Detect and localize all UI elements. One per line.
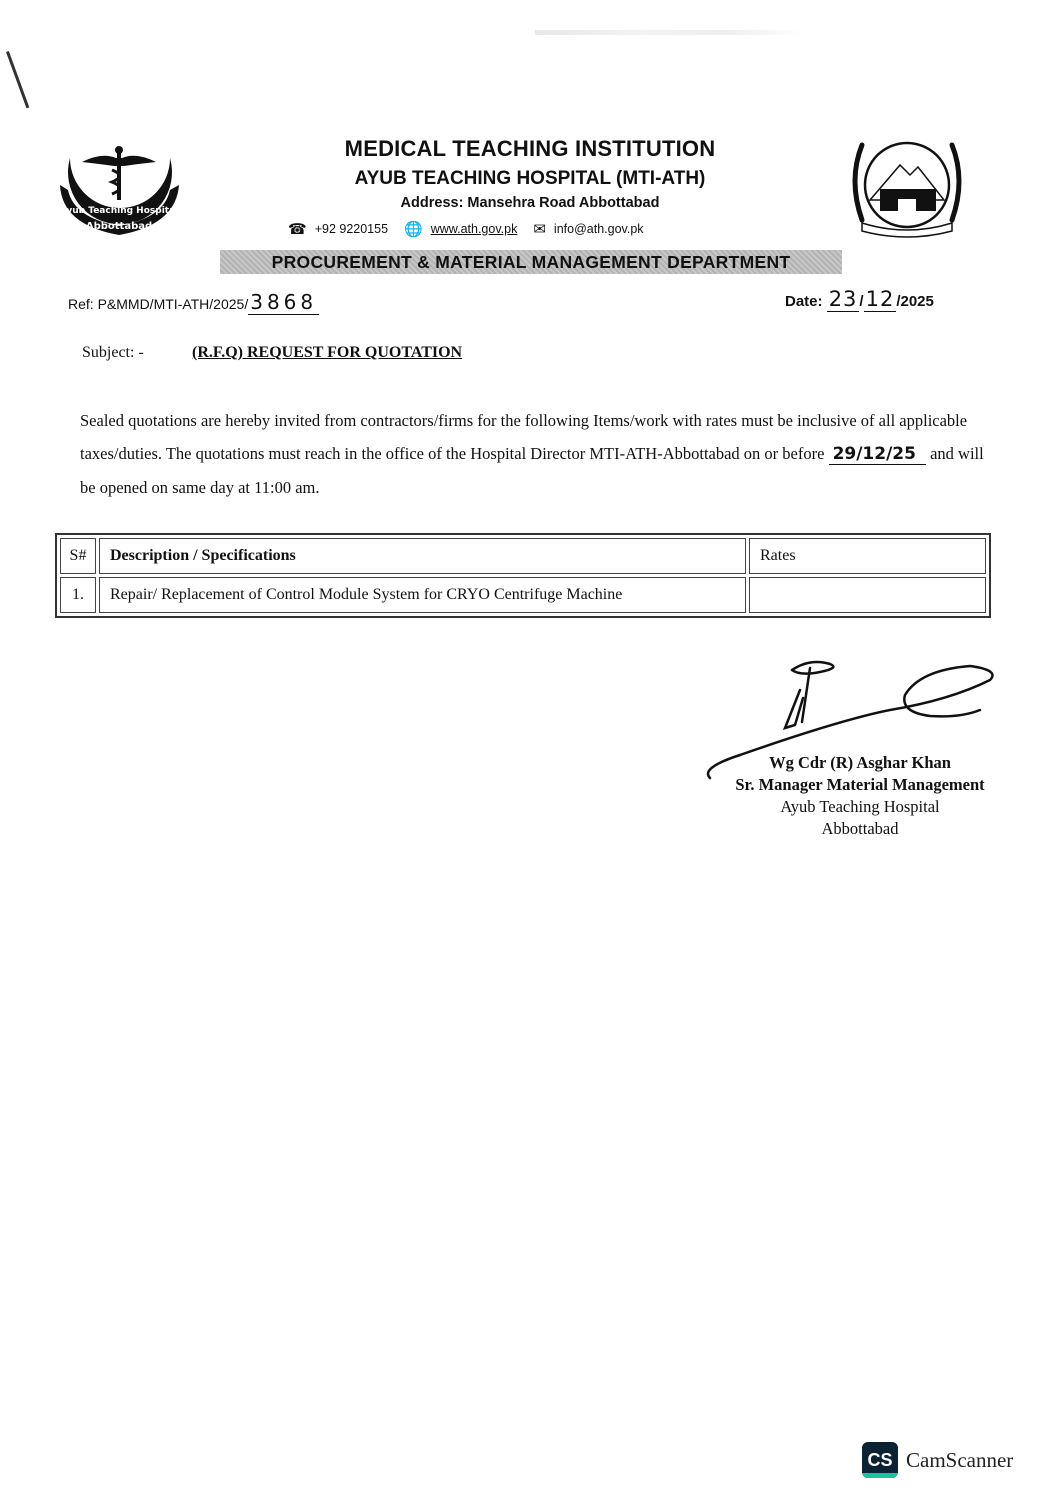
ref-number: 3868 [248, 290, 319, 315]
row-sn: 1. [60, 577, 96, 613]
row-description: Repair/ Replacement of Control Module Sy… [99, 577, 746, 613]
subject-line: Subject: - (R.F.Q) REQUEST FOR QUOTATION [82, 344, 144, 362]
svg-text:Ayub Teaching Hospital: Ayub Teaching Hospital [60, 206, 179, 216]
date-line: Date: 23/12/2025 [785, 287, 934, 311]
table-header-row: S# Description / Specifications Rates [60, 538, 986, 574]
table-row: 1. Repair/ Replacement of Control Module… [60, 577, 986, 613]
phone-icon: ☎ [288, 220, 307, 238]
scan-artifact-line [6, 51, 29, 108]
signatory-name: Wg Cdr (R) Asghar Khan [690, 752, 1030, 774]
hospital-logo: Ayub Teaching Hospital Abbottabad [52, 130, 187, 240]
website-link[interactable]: www.ath.gov.pk [431, 222, 518, 236]
body-paragraph: Sealed quotations are hereby invited fro… [80, 404, 1000, 504]
svg-text:Abbottabad: Abbottabad [86, 221, 152, 232]
date-year: /2025 [896, 293, 934, 310]
hospital-title: AYUB TEACHING HOSPITAL (MTI-ATH) [230, 168, 830, 190]
signatory-title: Sr. Manager Material Management [690, 774, 1030, 796]
items-table: S# Description / Specifications Rates 1.… [55, 533, 991, 618]
institution-title: MEDICAL TEACHING INSTITUTION [230, 136, 830, 162]
deadline-date: 29/12/25 [829, 444, 926, 465]
email-link[interactable]: info@ath.gov.pk [554, 222, 644, 236]
subject-value: (R.F.Q) REQUEST FOR QUOTATION [192, 344, 462, 362]
reference-line: Ref: P&MMD/MTI-ATH/2025/3868 [68, 290, 319, 314]
signatory-block: Wg Cdr (R) Asghar Khan Sr. Manager Mater… [690, 752, 1030, 840]
date-label: Date: [785, 293, 823, 310]
department-banner: PROCUREMENT & MATERIAL MANAGEMENT DEPART… [220, 250, 842, 274]
date-month: 12 [864, 287, 897, 312]
faint-scan-text [535, 30, 805, 35]
header-rates: Rates [749, 538, 986, 574]
camscanner-logo-icon: CS [862, 1442, 898, 1478]
subject-label: Subject: - [82, 344, 144, 361]
camscanner-brand: CamScanner [906, 1448, 1013, 1473]
address: Address: Mansehra Road Abbottabad [230, 195, 830, 211]
kpk-emblem [840, 125, 975, 245]
phone-number: +92 9220155 [315, 222, 388, 236]
header-description: Description / Specifications [99, 538, 746, 574]
ref-prefix: Ref: P&MMD/MTI-ATH/2025/ [68, 296, 248, 312]
contact-bar: ☎ +92 9220155 🌐 www.ath.gov.pk ✉ info@at… [288, 220, 644, 238]
camscanner-watermark: CS CamScanner [862, 1442, 1013, 1478]
globe-icon: 🌐 [404, 220, 423, 238]
signatory-org: Ayub Teaching Hospital [690, 796, 1030, 818]
header-sn: S# [60, 538, 96, 574]
envelope-icon: ✉ [533, 220, 546, 238]
date-day: 23 [827, 287, 860, 312]
signatory-city: Abbottabad [690, 818, 1030, 840]
row-rate [749, 577, 986, 613]
